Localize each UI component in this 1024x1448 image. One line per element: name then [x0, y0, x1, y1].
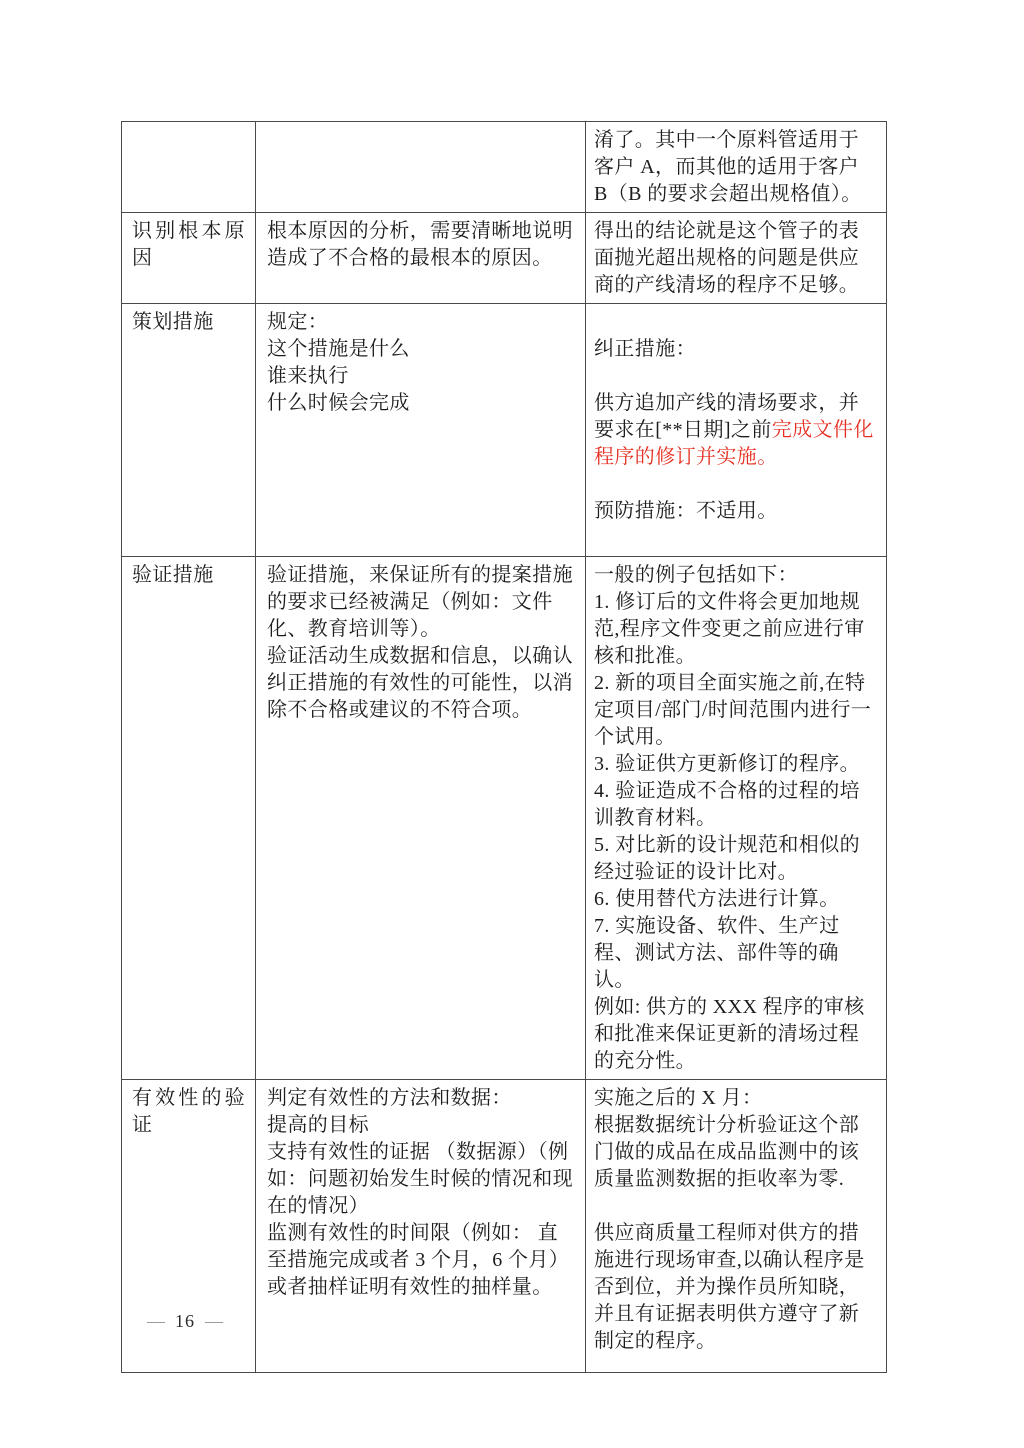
example-cell: 得出的结论就是这个管子的表面抛光超出规格的问题是供应商的产线清场的程序不足够。	[586, 213, 887, 304]
example-cell: 一般的例子包括如下： 1. 修订后的文件将会更加地规范,程序文件变更之前应进行审…	[586, 557, 887, 1080]
row-label-cell: 策划措施	[122, 304, 256, 557]
row-label-cell: 识别根本原因	[122, 213, 256, 304]
corrective-action-heading: 纠正措施：	[594, 336, 874, 363]
table-row-verify-actions: 验证措施 验证措施，来保证所有的提案措施的要求已经被满足（例如：文件化、教育培训…	[122, 557, 887, 1080]
requirement-cell: 判定有效性的方法和数据： 提高的目标 支持有效性的证据 （数据源）（例如：问题初…	[256, 1080, 586, 1373]
requirement-cell: 根本原因的分析，需要清晰地说明造成了不合格的最根本的原因。	[256, 213, 586, 304]
footer-page-number: 16	[175, 1311, 195, 1332]
footer-dash-right: —	[205, 1311, 223, 1332]
footer-dash-left: —	[147, 1311, 165, 1332]
requirement-cell: 验证措施，来保证所有的提案措施的要求已经被满足（例如：文件化、教育培训等）。 验…	[256, 557, 586, 1080]
requirement-cell: 规定： 这个措施是什么 谁来执行 什么时候会完成	[256, 304, 586, 557]
corrective-action-body: 供方追加产线的清场要求，并要求在[**日期]之前完成文件化程序的修订并实施。	[594, 390, 874, 471]
requirement-cell	[256, 122, 586, 213]
table-row-plan-actions: 策划措施 规定： 这个措施是什么 谁来执行 什么时候会完成 纠正措施： 供方追加…	[122, 304, 887, 557]
row-label-cell	[122, 122, 256, 213]
page-number: — 16 —	[147, 1311, 223, 1332]
table-row-effectiveness-verification: 有效性的验证 判定有效性的方法和数据： 提高的目标 支持有效性的证据 （数据源）…	[122, 1080, 887, 1373]
preventive-action-text: 预防措施：不适用。	[594, 498, 874, 525]
capa-table: 淆了。其中一个原料管适用于客户 A，而其他的适用于客户 B（B 的要求会超出规格…	[121, 121, 887, 1373]
table-row-continuation: 淆了。其中一个原料管适用于客户 A，而其他的适用于客户 B（B 的要求会超出规格…	[122, 122, 887, 213]
example-cell: 淆了。其中一个原料管适用于客户 A，而其他的适用于客户 B（B 的要求会超出规格…	[586, 122, 887, 213]
example-cell: 纠正措施： 供方追加产线的清场要求，并要求在[**日期]之前完成文件化程序的修订…	[586, 304, 887, 557]
row-label-cell: 验证措施	[122, 557, 256, 1080]
example-cell: 实施之后的 X 月： 根据数据统计分析验证这个部门做的成品在成品监测中的该质量监…	[586, 1080, 887, 1373]
table-row-root-cause: 识别根本原因 根本原因的分析，需要清晰地说明造成了不合格的最根本的原因。 得出的…	[122, 213, 887, 304]
document-page: 淆了。其中一个原料管适用于客户 A，而其他的适用于客户 B（B 的要求会超出规格…	[0, 0, 1024, 1448]
